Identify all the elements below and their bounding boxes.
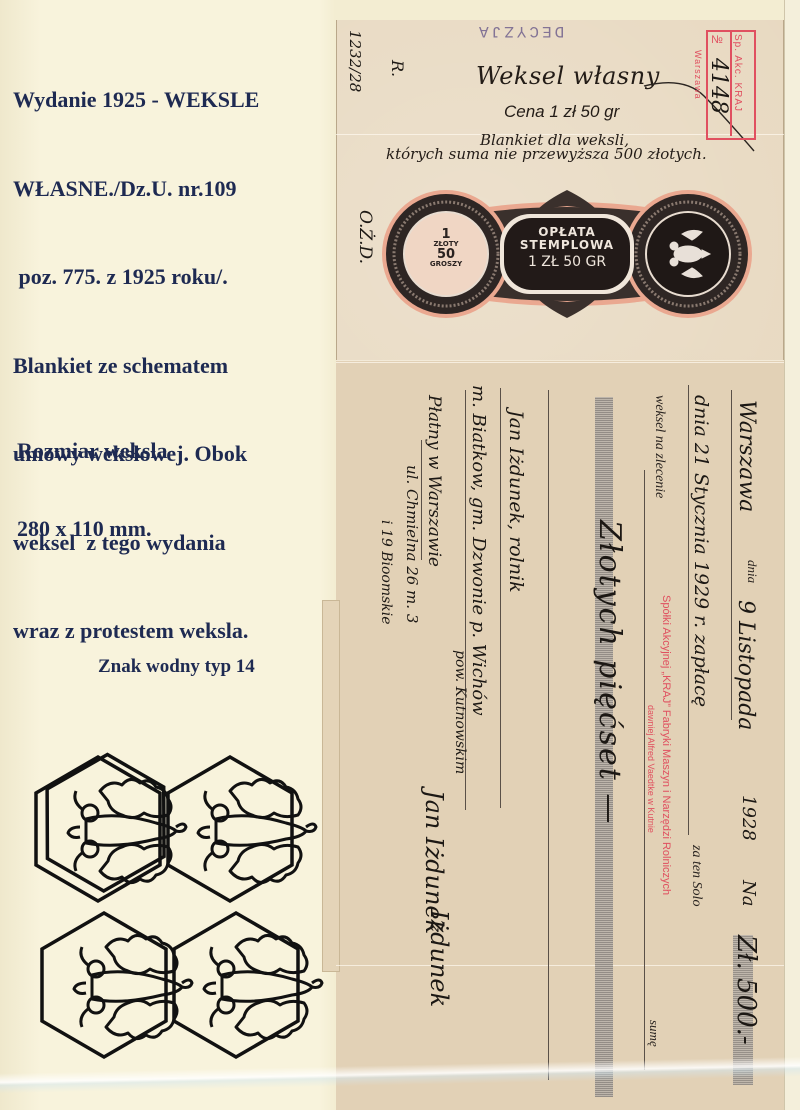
- watermark-title: Znak wodny typ 14: [98, 656, 255, 678]
- payable-line3: i 19 Bioomskie: [378, 520, 394, 625]
- size-value: 280 x 110 mm.: [17, 516, 168, 542]
- stamp-left-value: 1 ZŁOTY 50 GROSZY: [418, 228, 474, 268]
- tax-stamp: 1 ZŁOTY 50 GROSZY OPŁATA STEMPLOWA 1 ZŁ …: [382, 186, 752, 322]
- ruled-line: [688, 385, 689, 835]
- amount-label: Na: [738, 880, 759, 906]
- bill-price: Cena 1 zł 50 gr: [504, 102, 619, 122]
- company-stamp-label: Sp. Akc. KRAJ: [732, 34, 743, 112]
- ruled-line: [731, 390, 732, 720]
- drawer-line2b: pow. Kutnowskim: [452, 650, 468, 774]
- stamp-center: OPŁATA STEMPLOWA 1 ZŁ 50 GR: [504, 226, 630, 271]
- payee-printed-line1: Spółki Akcyjnej „KRAJ” Fabryki Maszyn i …: [660, 595, 672, 895]
- stamp-left-subunit: GROSZY: [418, 261, 474, 268]
- page-edge: [784, 0, 800, 1110]
- ruled-line: [500, 388, 501, 808]
- payable-line1: Płatny w Warszawie: [424, 395, 444, 567]
- description-line: Blankiet ze schematem: [13, 351, 333, 381]
- stamp-center-value: 1 ZŁ 50 GR: [504, 255, 630, 270]
- ruled-line: [644, 470, 645, 1070]
- polish-eagle-icon: [672, 238, 704, 270]
- bill-title: Weksel własny: [476, 62, 660, 90]
- order-label: weksel na zlecenie: [651, 395, 667, 498]
- size-label: Rozmiar weksla: [17, 438, 168, 464]
- ruled-line: [548, 390, 549, 1080]
- sum-label: sumę: [646, 1020, 662, 1047]
- amount: Zł. 500.-: [731, 935, 761, 1045]
- fold-line: [336, 965, 784, 966]
- ruled-line: [421, 440, 422, 560]
- drawer-line2: m. Biatkow, gm. Dzwonie p. Wichów: [468, 385, 489, 716]
- description-text: Wydanie 1925 - WEKSLE WŁASNE./Dz.U. nr.1…: [13, 26, 333, 675]
- for-label: za ten Solo: [688, 845, 704, 906]
- date-day: 9 Listopada: [733, 600, 758, 730]
- company-stamp-number: 4148: [706, 58, 731, 114]
- date-label: dnia: [744, 560, 760, 583]
- date-year: 1928: [738, 795, 759, 841]
- payable-line2: ul. Chmielna 26 m. 3: [403, 465, 421, 623]
- amount-words: Złotych pięćset —: [592, 520, 627, 825]
- decyzja-stamp: DECYZJA: [476, 22, 564, 40]
- eagle-hexagon-watermark-icon: [30, 745, 330, 1100]
- due-line: dnia 21 Stycznia 1929 r. zapłacę: [690, 395, 712, 707]
- company-stamp-city: Warszawa: [693, 50, 703, 100]
- side-note: O.Ż.D.: [355, 210, 375, 264]
- description-line: poz. 775. z 1925 roku/.: [13, 262, 333, 292]
- reference-note-initial: R.: [388, 60, 407, 77]
- place: Warszawa: [734, 400, 759, 512]
- payee-printed-line2: dawniej Alfred Vaedtke w Kutnie: [646, 705, 656, 833]
- stamp-center-line2: STEMPLOWA: [504, 239, 630, 252]
- description-line: wraz z protestem weksla.: [13, 616, 333, 646]
- description-line: Wydanie 1925 - WEKSLE: [13, 85, 333, 115]
- description-line: WŁASNE./Dz.U. nr.109: [13, 174, 333, 204]
- signature-2: Iżdunek: [425, 910, 453, 1007]
- size-info: Rozmiar weksla 280 x 110 mm.: [17, 386, 168, 568]
- reference-note: 1232/28: [346, 30, 364, 92]
- protest-stub: [322, 600, 340, 972]
- company-stamp-no-label: №: [711, 34, 723, 46]
- drawer-line1: Jan Iżdunek, rolnik: [505, 410, 527, 593]
- fold-line: [336, 362, 784, 363]
